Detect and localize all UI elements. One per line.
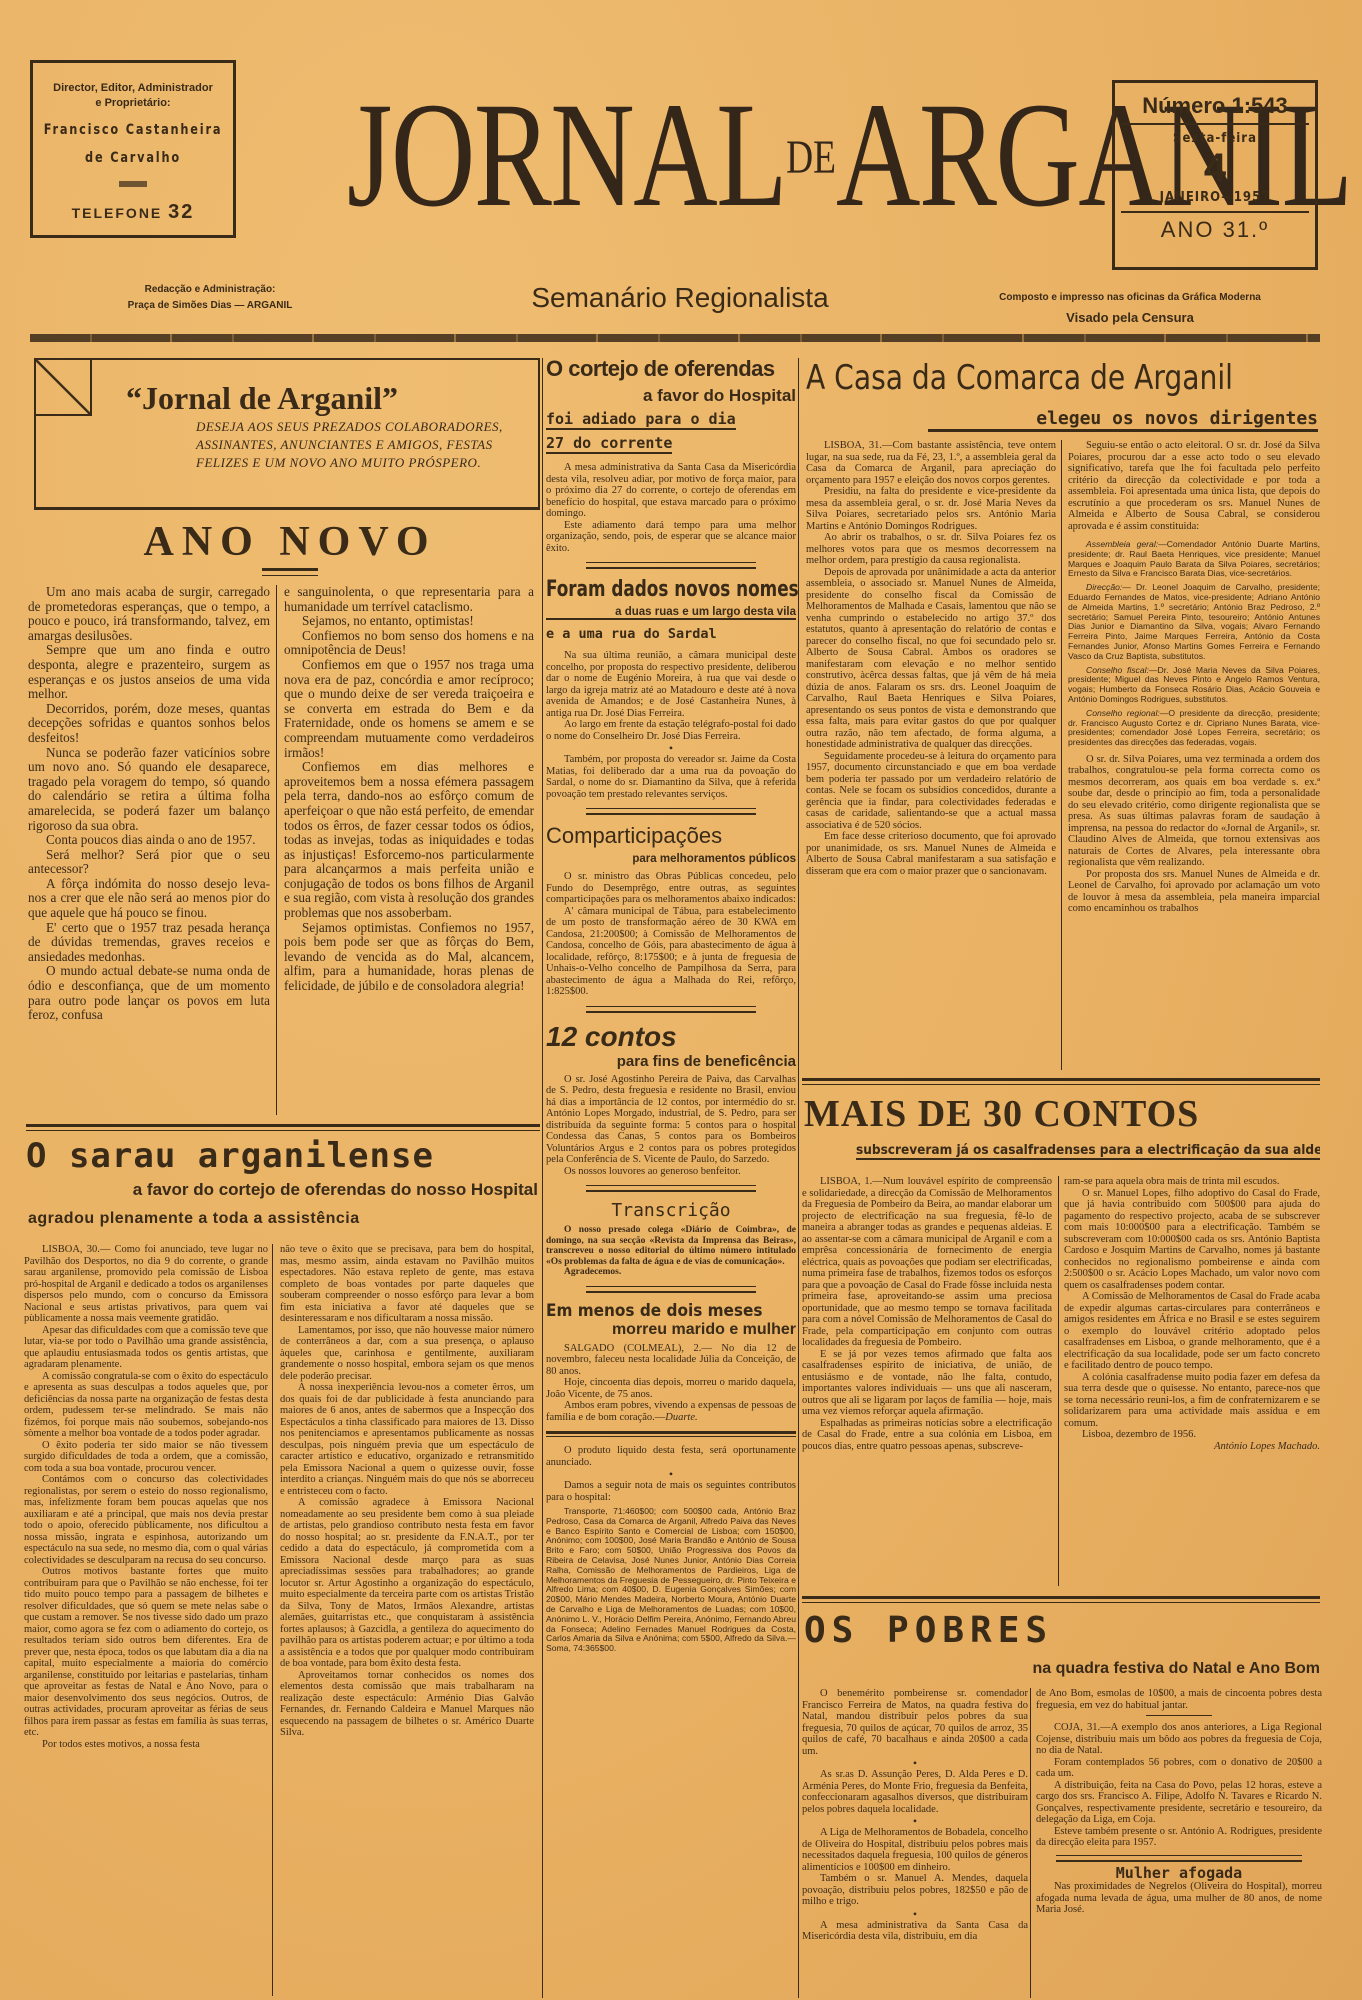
phone-line: TELEFONE 32 [33, 201, 233, 224]
paragraph: Confiemos no bom senso dos homens e na o… [284, 629, 534, 658]
paragraph: A colónia casalfradense muito podia faze… [1064, 1372, 1320, 1430]
paragraph: SALGADO (COLMEAL), 2.— No dia 12 de nove… [546, 1343, 796, 1378]
column-rule [272, 1244, 273, 1996]
nomes-sub-1: a duas ruas e um largo desta vila [546, 606, 796, 620]
paragraph: A distribuição, feita na Casa do Povo, p… [1036, 1780, 1322, 1826]
bullet-separator: • [802, 1908, 1028, 1920]
redaccao-address: Praça de Simões Dias — ARGANIL [80, 298, 340, 314]
body-conselho-regional: Conselho regional:—O presidente da direc… [1068, 709, 1320, 748]
paragraph: O benemérito pombeirense sr. comendador … [802, 1688, 1028, 1757]
paragraph: Hoje, cincoenta dias depois, morreu o ma… [546, 1377, 796, 1400]
paragraph: LISBOA, 1.—Num louvável espírito de comp… [802, 1176, 1052, 1349]
column-rule [798, 358, 799, 1998]
month-year: JANEIRO—1957 [1121, 190, 1309, 213]
column-rule [542, 358, 543, 1998]
sarau-headline: O sarau arganilense [26, 1136, 540, 1176]
printer-line: Composto e impresso nas oficinas da Gráf… [930, 288, 1330, 308]
body-label: Assembleia geral: [1086, 539, 1158, 549]
signature: Duarte. [665, 1412, 697, 1423]
doze-contos-headline: 12 contos [546, 1021, 796, 1053]
section-rule [26, 1124, 540, 1127]
paragraph: ram-se para aquela obra mais de trinta m… [1064, 1176, 1320, 1188]
ornament-divider [119, 181, 147, 187]
cortejo-sub-2: foi adiado para o dia [546, 410, 736, 430]
body-conselho-fiscal: Conselho fiscal:—Dr. José Maria Neves da… [1068, 666, 1320, 705]
header-rule [30, 334, 1320, 342]
paragraph: A Comissão de Melhoramentos de Casal do … [1064, 1291, 1320, 1372]
paragraph: Em face desse criterioso documento, que … [806, 831, 1056, 877]
ornament-divider [586, 808, 756, 815]
paragraph: Damos a seguir nota de mais os seguintes… [546, 1480, 796, 1503]
issue-day: 4 [1115, 146, 1315, 190]
paragraph: Espalhadas as primeiras notícias sobre a… [802, 1418, 1052, 1453]
ano-novo-column-2: e sanguinolenta, o que representaria par… [284, 585, 534, 994]
greeting-message: DESEJA AOS SEUS PREZADOS COLABORADORES, … [196, 418, 526, 472]
paragraph: Seguiu-se então o acto eleitoral. O sr. … [1068, 440, 1320, 532]
body-label: Direcção: [1086, 582, 1122, 592]
paragraph: COJA, 31.—A exemplo dos anos anteriores,… [1036, 1722, 1322, 1757]
paragraph: Por proposta dos srs. Manuel Nunes de Al… [1068, 869, 1320, 915]
paragraph: O sr. ministro das Obras Públicas conced… [546, 871, 796, 906]
section-rule [546, 1431, 796, 1434]
trinta-contos-column-2: ram-se para aquela obra mais de trinta m… [1064, 1176, 1320, 1452]
masthead-director-box: Director, Editor, Administrador e Propri… [30, 60, 236, 238]
paragraph: O sr. Manuel Lopes, filho adoptivo do Ca… [1064, 1188, 1320, 1292]
trinta-contos-headline: MAIS DE 30 CONTOS [804, 1092, 1324, 1136]
ornament-divider [586, 562, 756, 569]
sarau-column-1: LISBOA, 30.— Como foi anunciado, teve lu… [24, 1244, 268, 1750]
paragraph: Também o sr. Manuel A. Mendes, daquela p… [802, 1873, 1028, 1908]
section-rule [802, 1596, 1320, 1599]
paragraph: Conta poucos dias ainda o ano de 1957. [28, 833, 270, 848]
trinta-contos-column-1: LISBOA, 1.—Num louvável espírito de comp… [802, 1176, 1052, 1452]
paragraph: Ambos eram pobres, vivendo a expensas de… [546, 1400, 796, 1423]
nomes-body: Na sua última reunião, a câmara municipa… [546, 650, 796, 800]
paragraph: Agradecemos. [546, 1267, 796, 1278]
paragraph: Lisboa, dezembro de 1956. [1064, 1429, 1320, 1441]
paragraph: Contámos com o concurso das colectividad… [24, 1474, 268, 1566]
paragraph: O nosso presado colega «Diário de Coimbr… [546, 1225, 796, 1267]
sarau-continued: O produto liquido desta festa, será opor… [546, 1445, 796, 1654]
transcricao-body: O nosso presado colega «Diário de Coimbr… [546, 1225, 796, 1278]
paragraph: Na sua última reunião, a câmara municipa… [546, 650, 796, 719]
cortejo-sub-1: a favor do Hospital [546, 386, 796, 406]
body-direccao: Direcção:— Dr. Leonel Joaquim de Carvalh… [1068, 583, 1320, 661]
dois-meses-body: SALGADO (COLMEAL), 2.— No dia 12 de nove… [546, 1343, 796, 1424]
director-role-line2: e Proprietário: [33, 96, 233, 111]
issue-number: Número 1:543 [1121, 93, 1309, 125]
casa-comarca-sub: elegeu os novos dirigentes [928, 408, 1318, 432]
paragraph: A mesa administrativa da Santa Casa da M… [546, 462, 796, 520]
weekday: Sexta-feira [1115, 131, 1315, 146]
paragraph: Depois de aprovada por unânimidade a act… [806, 567, 1056, 751]
paragraph: O mundo actual debate-se numa onda de ód… [28, 964, 270, 1022]
paragraph: Nunca se poderão fazer vaticínios sobre … [28, 746, 270, 834]
sarau-column-2: não teve o êxito que se precisava, para … [280, 1244, 534, 1739]
column-rule [1058, 1176, 1059, 1586]
doze-contos-body: O sr. José Agostinho Pereira de Paiva, d… [546, 1074, 796, 1178]
paragraph: Apesar das dificuldades com que a comiss… [24, 1325, 268, 1371]
paragraph: de Ano Bom, esmolas de 10$00, a mais de … [1036, 1688, 1322, 1711]
dois-meses-sub: morreu marido e mulher [546, 1321, 796, 1339]
paragraph: Sejamos optimistas. Confiemos no 1957, p… [284, 921, 534, 994]
doze-contos-sub: para fins de beneficência [546, 1053, 796, 1070]
section-rule [546, 1436, 796, 1437]
comparticipacoes-headline: Comparticipações [546, 823, 796, 849]
paragraph: A comissão agradece à Emissora Nacional … [280, 1497, 534, 1670]
transcricao-headline: Transcrição [546, 1200, 796, 1221]
pobres-sub: na quadra festiva do Natal e Ano Bom [880, 1660, 1320, 1678]
body-assembleia: Assembleia geral:—Comendador António Dua… [1068, 540, 1320, 579]
casa-comarca-headline: A Casa da Comarca de Arganil [806, 358, 1284, 398]
paragraph: A Liga de Melhoramentos de Bobadela, con… [802, 1827, 1028, 1873]
paragraph: O sr. José Agostinho Pereira de Paiva, d… [546, 1074, 796, 1166]
paragraph: não teve o êxito que se precisava, para … [280, 1244, 534, 1325]
ornament-divider [586, 1286, 756, 1293]
paragraph: Os nossos louvores ao generoso benfeitor… [546, 1166, 796, 1178]
greeting-box: “Jornal de Arganil” DESEJA AOS SEUS PREZ… [34, 358, 540, 510]
printer-credits: Composto e impresso nas oficinas da Gráf… [930, 288, 1330, 328]
paragraph: Seguidamente procedeu-se à leitura do or… [806, 751, 1056, 832]
section-rule [802, 1084, 1320, 1085]
section-rule [802, 1078, 1320, 1081]
bullet-separator: • [802, 1815, 1028, 1827]
title-main: JORNAL [347, 72, 786, 238]
paragraph: Ao abrir os trabalhos, o sr. dr. Silva P… [806, 532, 1056, 567]
paragraph: Será melhor? Será pior que o seu anteces… [28, 848, 270, 877]
cortejo-body: A mesa administrativa da Santa Casa da M… [546, 462, 796, 554]
paragraph: A mesa administrativa da Santa Casa da M… [802, 1920, 1028, 1943]
sarau-subheadline-2: agradou plenamente a toda a assistência [28, 1210, 528, 1228]
paragraph: As sr.as D. Assunção Peres, D. Alda Pere… [802, 1769, 1028, 1815]
section-rule [802, 1602, 1320, 1603]
paragraph: LISBOA, 30.— Como foi anunciado, teve lu… [24, 1244, 268, 1325]
owner-name-line1: Francisco Castanheira [43, 121, 223, 139]
body-members: — Dr. Leonel Joaquim de Carvalho, presid… [1068, 582, 1320, 661]
section-rule [26, 1130, 540, 1131]
cortejo-sub-3: 27 do corrente [546, 434, 672, 454]
bullet-separator: • [546, 742, 796, 754]
nomes-headline: Foram dados novos nomes [546, 577, 759, 602]
casa-comarca-column-2: Seguiu-se então o acto eleitoral. O sr. … [1068, 440, 1320, 915]
paragraph: Por todos estes motivos, a nossa festa [24, 1739, 268, 1751]
cortejo-article: O cortejo de oferendas a favor do Hospit… [546, 356, 796, 1654]
headline-underline [262, 568, 318, 576]
phone-label: TELEFONE [72, 205, 163, 221]
paragraph: A fôrça indómita do nosso desejo leva-no… [28, 877, 270, 921]
ano-novo-headline-wrap: ANO NOVO [40, 518, 540, 576]
paragraph: A nossa inexperiência levou-nos a comete… [280, 1382, 534, 1497]
paragraph: E' certo que o 1957 traz pesada herança … [28, 921, 270, 965]
paragraph: Outros motivos bastante fortes que muito… [24, 1566, 268, 1739]
ornament-divider [1056, 1855, 1302, 1862]
paragraph: Também, por proposta do vereador sr. Jai… [546, 754, 796, 800]
paragraph: Sejamos, no entanto, optimistas! [284, 614, 534, 629]
paragraph: O sr. dr. Silva Poiares, uma vez termina… [1068, 754, 1320, 869]
dois-meses-headline: Em menos de dois meses [546, 1301, 796, 1321]
owner-name-line2: de Carvalho [43, 149, 223, 167]
title-wordmark: JORNALDEARGANIL [347, 70, 963, 243]
paragraph: Confiemos em dias melhores e aproveitemo… [284, 760, 534, 921]
pobres-headline: OS POBRES [804, 1610, 1324, 1651]
paragraph: Lamentamos, por isso, que não houvesse m… [280, 1325, 534, 1383]
ano-novo-headline: ANO NOVO [40, 518, 540, 566]
censorship-line: Visado pela Censura [930, 308, 1330, 328]
director-role-line1: Director, Editor, Administrador [33, 81, 233, 96]
paragraph: O êxito poderia ter sido maior se não ti… [24, 1440, 268, 1475]
comparticipacoes-sub: para melhoramentos públicos [546, 853, 796, 865]
paragraph: E se já por vezes temos afirmado que fal… [802, 1349, 1052, 1418]
editorial-address: Redacção e Administração: Praça de Simõe… [80, 282, 340, 314]
newspaper-title: JORNALDEARGANIL [260, 70, 1050, 270]
paragraph: Um ano mais acaba de surgir, carregado d… [28, 585, 270, 643]
body-label: Conselho regional: [1086, 708, 1160, 718]
column-rule [1030, 1688, 1031, 1998]
paragraph: Decorridos, porém, doze meses, quantas d… [28, 702, 270, 746]
ornament-divider [586, 1006, 756, 1013]
page-corner-icon [34, 358, 92, 416]
paragraph: Este adiamento dará tempo para uma melho… [546, 520, 796, 555]
ano-novo-column-1: Um ano mais acaba de surgir, carregado d… [28, 585, 270, 1023]
bullet-separator: • [546, 1468, 796, 1480]
paragraph: LISBOA, 31.—Com bastante assistência, te… [806, 440, 1056, 486]
trinta-contos-sub: subscreveram já os casalfradenses para a… [856, 1142, 1320, 1160]
year-of-publication: ANO 31.º [1115, 217, 1315, 243]
paragraph: Esteve também presente o sr. António A. … [1036, 1826, 1322, 1849]
cortejo-headline: O cortejo de oferendas [546, 356, 796, 382]
signature: António Lopes Machado. [1064, 1441, 1320, 1453]
title-de: DE [786, 131, 836, 184]
paragraph: Nas proximidades de Negrelos (Oliveira d… [1036, 1881, 1322, 1916]
paragraph: e sanguinolenta, o que representaria par… [284, 585, 534, 614]
redaccao-label: Redacção e Administração: [80, 282, 340, 298]
paragraph: A' câmara municipal de Tábua, para estab… [546, 906, 796, 998]
short-divider [1146, 1715, 1212, 1716]
phone-number: 32 [168, 201, 194, 223]
casa-comarca-column-1: LISBOA, 31.—Com bastante assistência, te… [806, 440, 1056, 877]
column-rule [276, 585, 277, 1115]
elected-bodies: Assembleia geral:—Comendador António Dua… [1068, 540, 1320, 748]
pobres-column-1: O benemérito pombeirense sr. comendador … [802, 1688, 1028, 1943]
contributors-list: Transporte, 71:460$00; com 500$00 cada, … [546, 1507, 796, 1654]
nomes-sub-2: e a uma rua do Sardal [546, 626, 796, 642]
issue-info-box: Número 1:543 Sexta-feira 4 JANEIRO—1957 … [1112, 80, 1318, 270]
pobres-column-2: de Ano Bom, esmolas de 10$00, a mais de … [1036, 1688, 1322, 1916]
afogada-headline: Mulher afogada [1036, 1868, 1322, 1880]
column-rule [1061, 440, 1062, 1070]
paragraph: Confiemos em que o 1957 nos traga uma no… [284, 658, 534, 760]
paragraph: Sempre que um ano finda e outro desponta… [28, 643, 270, 701]
ornament-divider [586, 1185, 756, 1192]
paragraph: Presidiu, na falta do presidente e vice-… [806, 486, 1056, 532]
paragraph: O produto liquido desta festa, será opor… [546, 1445, 796, 1468]
paragraph: Ao largo em frente da estação telégrafo-… [546, 719, 796, 742]
bullet-separator: • [802, 1757, 1028, 1769]
subtitle: Semanário Regionalista [480, 282, 880, 314]
comparticipacoes-body: O sr. ministro das Obras Públicas conced… [546, 871, 796, 998]
paragraph: A comissão congratula-se com o êxito do … [24, 1371, 268, 1440]
body-label: Conselho fiscal: [1086, 665, 1149, 675]
greeting-title: “Jornal de Arganil” [126, 380, 398, 417]
paragraph: Foram contemplados 56 pobres, com o dona… [1036, 1757, 1322, 1780]
paragraph: Aproveitamos tornar conhecidos os nomes … [280, 1670, 534, 1739]
sarau-subheadline-1: a favor do cortejo de oferendas do nosso… [76, 1180, 538, 1200]
